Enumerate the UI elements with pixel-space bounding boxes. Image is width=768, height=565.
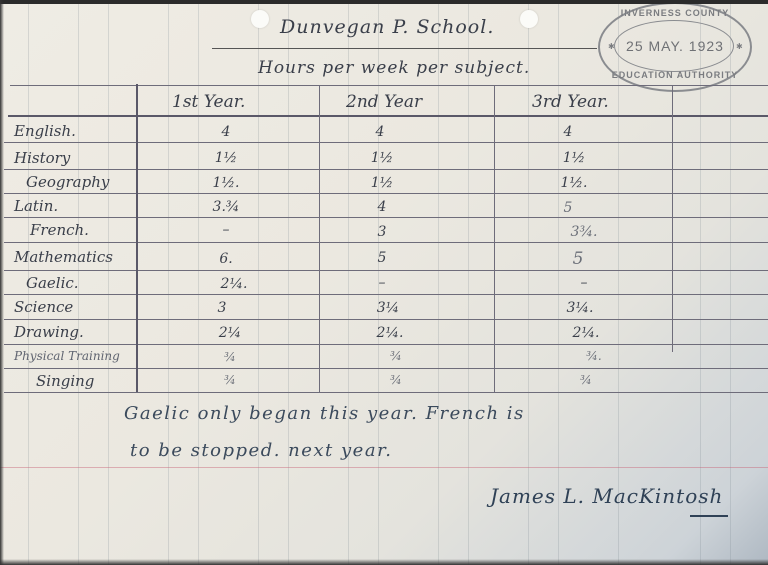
cell-drawing-y2: 2¼.: [350, 325, 430, 341]
note-line-2: to be stopped. next year.: [130, 440, 392, 461]
column-divider: [672, 86, 673, 352]
signature: James L. MacKintosh: [490, 484, 723, 508]
subject-physical-training: Physical Training: [14, 349, 120, 363]
row-rule: [4, 294, 768, 295]
stamp-date: 25 MAY. 1923: [600, 38, 750, 54]
subject-latin: Latin.: [14, 197, 58, 215]
header-rule: [8, 115, 768, 117]
punch-hole: [251, 10, 269, 28]
cell-history-y3: 1½: [534, 150, 614, 166]
cell-physical-training-y2: ¾: [356, 349, 436, 363]
subject-drawing: Drawing.: [14, 323, 84, 341]
cell-geography-y2: 1½: [342, 175, 422, 191]
subject-mathematics: Mathematics: [14, 248, 113, 266]
document-title: Dunvegan P. School.: [280, 16, 494, 38]
cell-drawing-y3: 2¼.: [546, 325, 626, 341]
stamp-top-text: INVERNESS COUNTY: [618, 8, 732, 18]
cell-mathematics-y2: 5: [342, 250, 422, 266]
subject-english: English.: [14, 122, 76, 140]
document-sheet: Dunvegan P. School. Hours per week per s…: [0, 0, 768, 565]
cell-geography-y3: 1½.: [534, 175, 614, 191]
cell-latin-y1: 3.¾: [186, 199, 266, 215]
cell-gaelic-y1: 2¼.: [194, 276, 274, 292]
cell-singing-y1: ¾: [190, 373, 270, 387]
column-header-year-2: 2nd Year: [346, 92, 422, 112]
row-rule: [4, 319, 768, 320]
cell-english-y1: 4: [186, 124, 266, 140]
cell-physical-training-y3: ¾.: [554, 349, 634, 363]
subject-singing: Singing: [36, 372, 94, 390]
cell-english-y2: 4: [340, 124, 420, 140]
column-header-year-3: 3rd Year.: [532, 92, 609, 112]
photo-edge: [0, 0, 4, 565]
cell-science-y1: 3: [182, 300, 262, 316]
cell-geography-y1: 1½.: [186, 175, 266, 191]
subject-geography: Geography: [26, 173, 109, 191]
row-rule: [4, 270, 768, 271]
cell-latin-y3: 5: [528, 200, 608, 216]
cell-gaelic-y3: –: [544, 275, 624, 291]
cell-english-y3: 4: [528, 124, 608, 140]
subject-column-divider: [136, 84, 138, 392]
cell-mathematics-y3: 5: [538, 249, 618, 269]
cell-french-y3: 3¾.: [544, 224, 624, 240]
row-rule: [4, 193, 768, 194]
column-divider: [494, 86, 495, 392]
cell-singing-y2: ¾: [356, 373, 436, 387]
cell-french-y2: 3: [342, 224, 422, 240]
table-top-rule: [10, 85, 768, 86]
cell-history-y1: 1½: [186, 150, 266, 166]
title-underline: [212, 48, 597, 49]
photo-edge: [0, 0, 768, 4]
photo-edge: [0, 559, 768, 565]
subject-french: French.: [30, 221, 89, 239]
row-rule: [4, 368, 768, 369]
row-rule: [4, 169, 768, 170]
subject-history: History: [14, 149, 70, 167]
margin-red-line: [0, 467, 768, 468]
column-divider: [319, 86, 320, 392]
note-line-1: Gaelic only began this year. French is: [124, 403, 525, 424]
cell-history-y2: 1½: [342, 150, 422, 166]
row-rule: [4, 242, 768, 243]
cell-gaelic-y2: –: [342, 275, 422, 291]
cell-latin-y2: 4: [342, 199, 422, 215]
punch-hole: [520, 10, 538, 28]
document-subtitle: Hours per week per subject.: [258, 58, 530, 78]
cell-science-y3: 3¼.: [540, 300, 620, 316]
cell-science-y2: 3¼: [348, 300, 428, 316]
stamp-bottom-text: EDUCATION AUTHORITY: [610, 70, 740, 80]
cell-drawing-y1: 2¼: [190, 325, 270, 341]
row-rule: [4, 142, 768, 143]
cell-mathematics-y1: 6.: [186, 251, 266, 267]
subject-gaelic: Gaelic.: [26, 274, 79, 292]
date-stamp: INVERNESS COUNTY ✱ ✱ 25 MAY. 1923 EDUCAT…: [598, 2, 752, 92]
row-rule: [4, 392, 768, 393]
cell-french-y1: –: [186, 222, 266, 238]
signature-underline: [690, 515, 728, 517]
column-header-year-1: 1st Year.: [172, 92, 245, 112]
cell-singing-y3: ¾: [546, 373, 626, 387]
cell-physical-training-y1: ¾: [190, 350, 270, 364]
row-rule: [4, 344, 768, 345]
subject-science: Science: [14, 298, 73, 316]
row-rule: [4, 217, 768, 218]
